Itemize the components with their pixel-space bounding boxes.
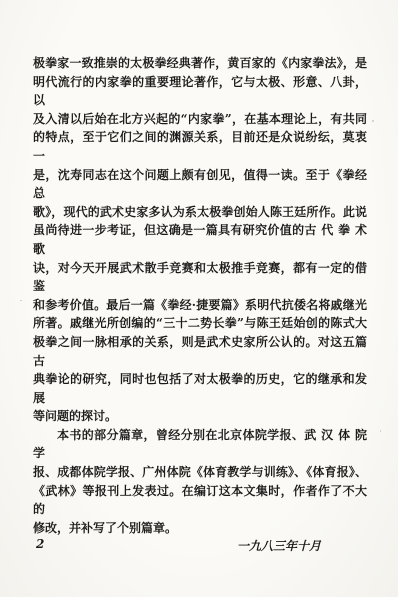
scanned-book-page: 极拳家一致推崇的太极拳经典著作，黄百家的《内家拳法》，是 明代流行的内家拳的重要…: [0, 0, 398, 597]
text-line: 典拳论的研究，同时也包括了对太极拳的历史，它的继承和发展: [33, 370, 367, 407]
text-line: 极拳之间一脉相承的关系，则是武术史家所公认的。对这五篇古: [33, 333, 367, 370]
text-line: 修改，并补写了个别篇章。: [33, 519, 367, 538]
text-line: 本书的部分篇章，曾经分别在北京体院学报、武 汉 体 院 学: [33, 426, 367, 463]
scan-speck: [380, 430, 381, 432]
text-line: 《武林》等报刊上发表过。在编订这本文集时，作者作了不大的: [33, 482, 367, 519]
text-line: 歌》，现代的武术史家多认为系太极拳创始人陈王廷所作。此说: [33, 203, 367, 222]
text-line: 所著。戚继光所创编的“三十二势长拳”与陈王廷始创的陈式大: [33, 314, 367, 333]
text-line: 的特点，至于它们之间的渊源关系，目前还是众说纷纭，莫衷一: [33, 128, 367, 165]
text-line: 虽尚待进一步考证，但这确是一篇具有研究价值的古 代 拳 术 歌: [33, 221, 367, 258]
text-line: 等问题的探讨。: [33, 407, 367, 426]
scan-speck: [372, 120, 374, 122]
text-line: 及入清以后始在北方兴起的“内家拳”，在基本理论上，有共同: [33, 110, 367, 129]
text-line: 是，沈寿同志在这个问题上颇有创见，值得一读。至于《拳经总: [33, 166, 367, 203]
page-number: 2: [36, 537, 44, 551]
text-block: 极拳家一致推崇的太极拳经典著作，黄百家的《内家拳法》，是 明代流行的内家拳的重要…: [33, 54, 367, 556]
text-line: 诀，对今天开展武术散手竞赛和太极推手竞赛，都有一定的借鉴: [33, 259, 367, 296]
text-line: 报、成都体院学报、广州体院《体育教学与训练》、《体育报》、: [33, 463, 367, 482]
text-line: 和参考价值。最后一篇《拳经·捷要篇》系明代抗倭名将戚继光: [33, 296, 367, 315]
text-line: 明代流行的内家拳的重要理论著作，它与太极、形意、八卦，以: [33, 73, 367, 110]
text-line: 极拳家一致推崇的太极拳经典著作，黄百家的《内家拳法》，是: [33, 54, 367, 73]
scan-speck: [20, 300, 22, 301]
date-line: 一九八三年十月: [33, 537, 367, 556]
